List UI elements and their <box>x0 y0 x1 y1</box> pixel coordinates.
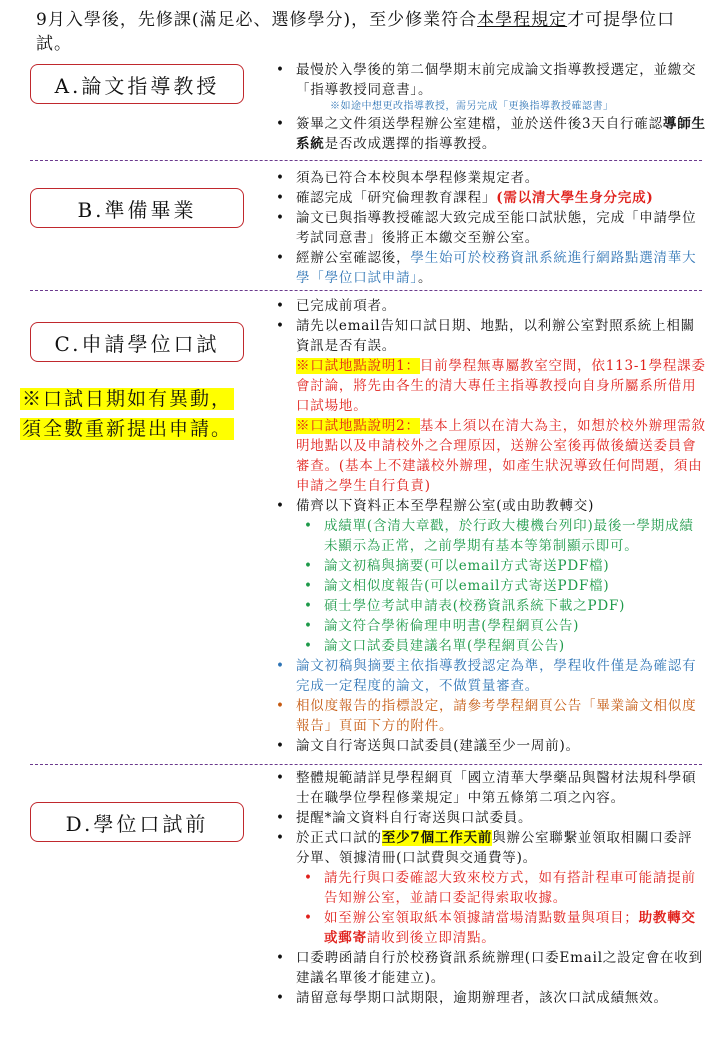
intro-paragraph: 9月入學後，先修課(滿足必、選修學分)，至少修業符合本學程規定才可提學位口試。 <box>36 8 696 56</box>
warning-line-2: 須全數重新提出申請。 <box>20 418 234 440</box>
item-text-end: 是否改成選擇的指導教授。 <box>325 136 497 152</box>
item-text-end: 請收到後立即清點。 <box>367 930 496 946</box>
venue-note-2-label: ※口試地點說明2： <box>296 418 420 434</box>
venue-note-2: ※口試地點說明2：基本上須以在清大為主，如想於校外辦理需敘明地點以及申請校外之合… <box>276 416 706 496</box>
list-item: 經辦公室確認後，學生始可於校務資訊系統進行網路點選清華大學「學位口試申請」。 <box>276 248 706 288</box>
sub-list-item: 論文符合學術倫理申明書(學程網頁公告) <box>276 616 706 636</box>
list-item: 已完成前項者。 <box>276 296 706 316</box>
list-item: 提醒*論文資料自行寄送與口試委員。 <box>276 808 706 828</box>
warning-line-1: ※口試日期如有異動， <box>20 388 234 410</box>
section-a-list: 最慢於入學後的第二個學期末前完成論文指導教授選定，並繳交「指導教授同意書」。 ※… <box>276 60 706 154</box>
list-item: 請留意每學期口試期限，逾期辦理者，該次口試成績無效。 <box>276 988 706 1008</box>
section-d-title: D.學位口試前 <box>30 802 244 842</box>
sub-list-item: 論文初稿與摘要(可以email方式寄送PDF檔) <box>276 556 706 576</box>
section-divider <box>30 764 702 765</box>
item-text: 經辦公室確認後， <box>296 250 410 266</box>
section-c-list: 已完成前項者。 請先以email告知口試日期、地點，以利辦公室對照系統上相關資訊… <box>276 296 706 756</box>
list-item: 簽畢之文件須送學程辦公室建檔，並於送件後3天自行確認導師生系統是否改成選擇的指導… <box>276 114 706 154</box>
sub-list-item: 論文口試委員建議名單(學程網頁公告) <box>276 636 706 656</box>
item-text: 確認完成「研究倫理教育課程」 <box>296 190 496 206</box>
list-item: 論文自行寄送與口試委員(建議至少一周前)。 <box>276 736 706 756</box>
list-item: 請先以email告知口試日期、地點，以利辦公室對照系統上相關資訊是否有誤。 <box>276 316 706 356</box>
list-item: 相似度報告的指標設定，請參考學程網頁公告「畢業論文相似度報告」頁面下方的附件。 <box>276 696 706 736</box>
sub-list-item: 論文相似度報告(可以email方式寄送PDF檔) <box>276 576 706 596</box>
sub-list-item: 如至辦公室領取紙本領據請當場清點數量與項目；助教轉交或郵寄請收到後立即清點。 <box>276 908 706 948</box>
venue-note-1: ※口試地點說明1：目前學程無專屬教室空間，依113-1學程課委會討論，將先由各生… <box>276 356 706 416</box>
list-item: 確認完成「研究倫理教育課程」(需以清大學生身分完成) <box>276 188 706 208</box>
intro-text: 9月入學後，先修課(滿足必、選修學分)，至少修業符合 <box>36 10 477 30</box>
list-item: 論文已與指導教授確認大致完成至能口試狀態，完成「申請學位考試同意書」後將正本繳交… <box>276 208 706 248</box>
advisor-change-note: ※如途中想更改指導教授，需另完成「更換指導教授確認書」 <box>276 100 706 114</box>
list-item: 備齊以下資料正本至學程辦公室(或由助教轉交) <box>276 496 706 516</box>
item-text-end: 。 <box>418 270 432 286</box>
list-item: 論文初稿與摘要主依指導教授認定為準，學程收件僅是為確認有完成一定程度的論文，不做… <box>276 656 706 696</box>
item-red-note: (需以清大學生身分完成) <box>496 190 653 206</box>
list-item: 須為已符合本校與本學程修業規定者。 <box>276 168 706 188</box>
deadline-highlight: 至少7個工作天前 <box>382 830 492 846</box>
section-b-title: B.準備畢業 <box>30 188 244 228</box>
sub-list-item: 碩士學位考試申請表(校務資訊系統下載之PDF) <box>276 596 706 616</box>
section-c-title: C.申請學位口試 <box>30 322 244 362</box>
item-text: 簽畢之文件須送學程辦公室建檔，並於送件後3天自行確認 <box>296 116 663 132</box>
list-item: 於正式口試的至少7個工作天前與辦公室聯繫並領取相關口委評分單、領據清冊(口試費與… <box>276 828 706 868</box>
list-item: 最慢於入學後的第二個學期末前完成論文指導教授選定，並繳交「指導教授同意書」。 <box>276 60 706 100</box>
section-divider <box>30 290 702 291</box>
list-item: 整體規範請詳見學程網頁「國立清華大學藥品與醫材法規科學碩士在職學位學程修業規定」… <box>276 768 706 808</box>
list-item: 口委聘函請自行於校務資訊系統辦理(口委Email之設定會在收到建議名單後才能建立… <box>276 948 706 988</box>
date-change-warning: ※口試日期如有異動， 須全數重新提出申請。 <box>20 384 234 444</box>
sub-list-item: 成績單(含清大章戳，於行政大樓機台列印)最後一學期成績未顯示為正常，之前學期有基… <box>276 516 706 556</box>
section-b-list: 須為已符合本校與本學程修業規定者。 確認完成「研究倫理教育課程」(需以清大學生身… <box>276 168 706 288</box>
venue-note-1-label: ※口試地點說明1： <box>296 358 420 374</box>
section-d-list: 整體規範請詳見學程網頁「國立清華大學藥品與醫材法規科學碩士在職學位學程修業規定」… <box>276 768 706 1008</box>
intro-underlined: 本學程規定 <box>477 10 567 30</box>
section-a-title: A.論文指導教授 <box>30 64 244 104</box>
item-text: 如至辦公室領取紙本領據請當場清點數量與項目； <box>324 910 639 926</box>
sub-list-item: 請先行與口委確認大致來校方式，如有搭計程車可能請提前告知辦公室，並請口委記得索取… <box>276 868 706 908</box>
item-text: 於正式口試的 <box>296 830 382 846</box>
section-divider <box>30 160 702 161</box>
